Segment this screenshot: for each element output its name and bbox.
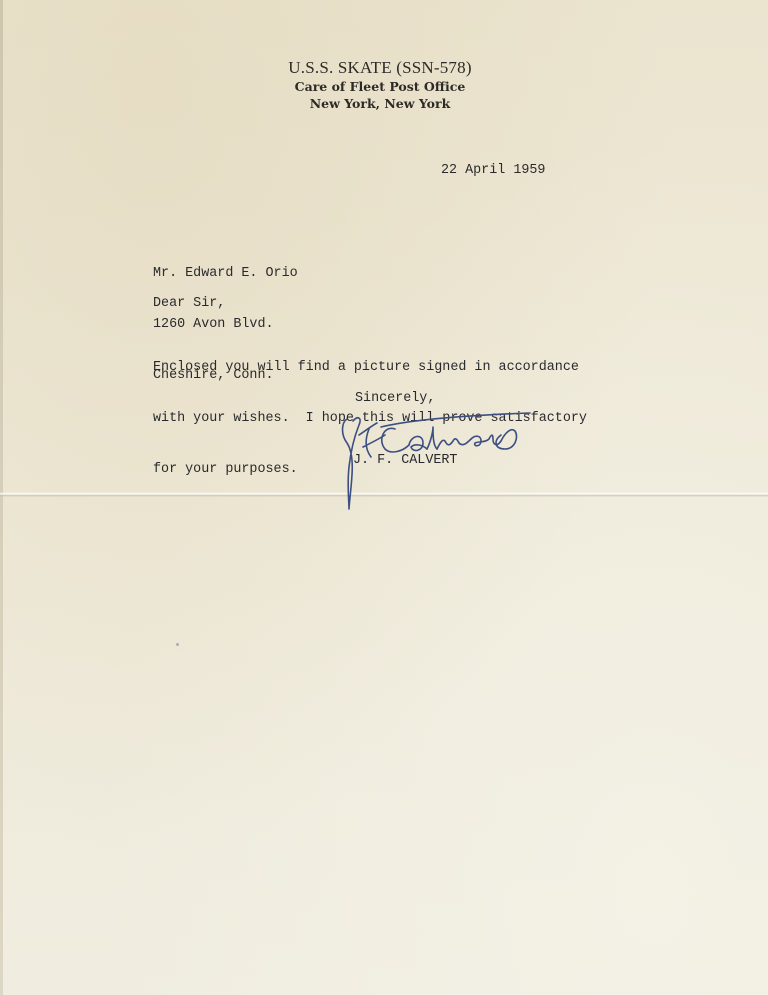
letterhead-line-1: Care of Fleet Post Office	[200, 78, 560, 95]
letterhead-line-2: New York, New York	[200, 95, 560, 112]
letter-date: 22 April 1959	[441, 162, 545, 179]
body-line: Enclosed you will find a picture signed …	[153, 359, 587, 376]
recipient-name: Mr. Edward E. Orio	[153, 265, 298, 282]
paper-edge	[0, 0, 3, 995]
letterhead: U.S.S. SKATE (SSN-578) Care of Fleet Pos…	[200, 58, 560, 112]
signer-name: J. F. CALVERT	[353, 452, 457, 469]
paper-speck	[176, 643, 179, 646]
letter-paper: U.S.S. SKATE (SSN-578) Care of Fleet Pos…	[0, 0, 768, 995]
letterhead-title: U.S.S. SKATE (SSN-578)	[200, 58, 560, 78]
salutation: Dear Sir,	[153, 295, 225, 312]
